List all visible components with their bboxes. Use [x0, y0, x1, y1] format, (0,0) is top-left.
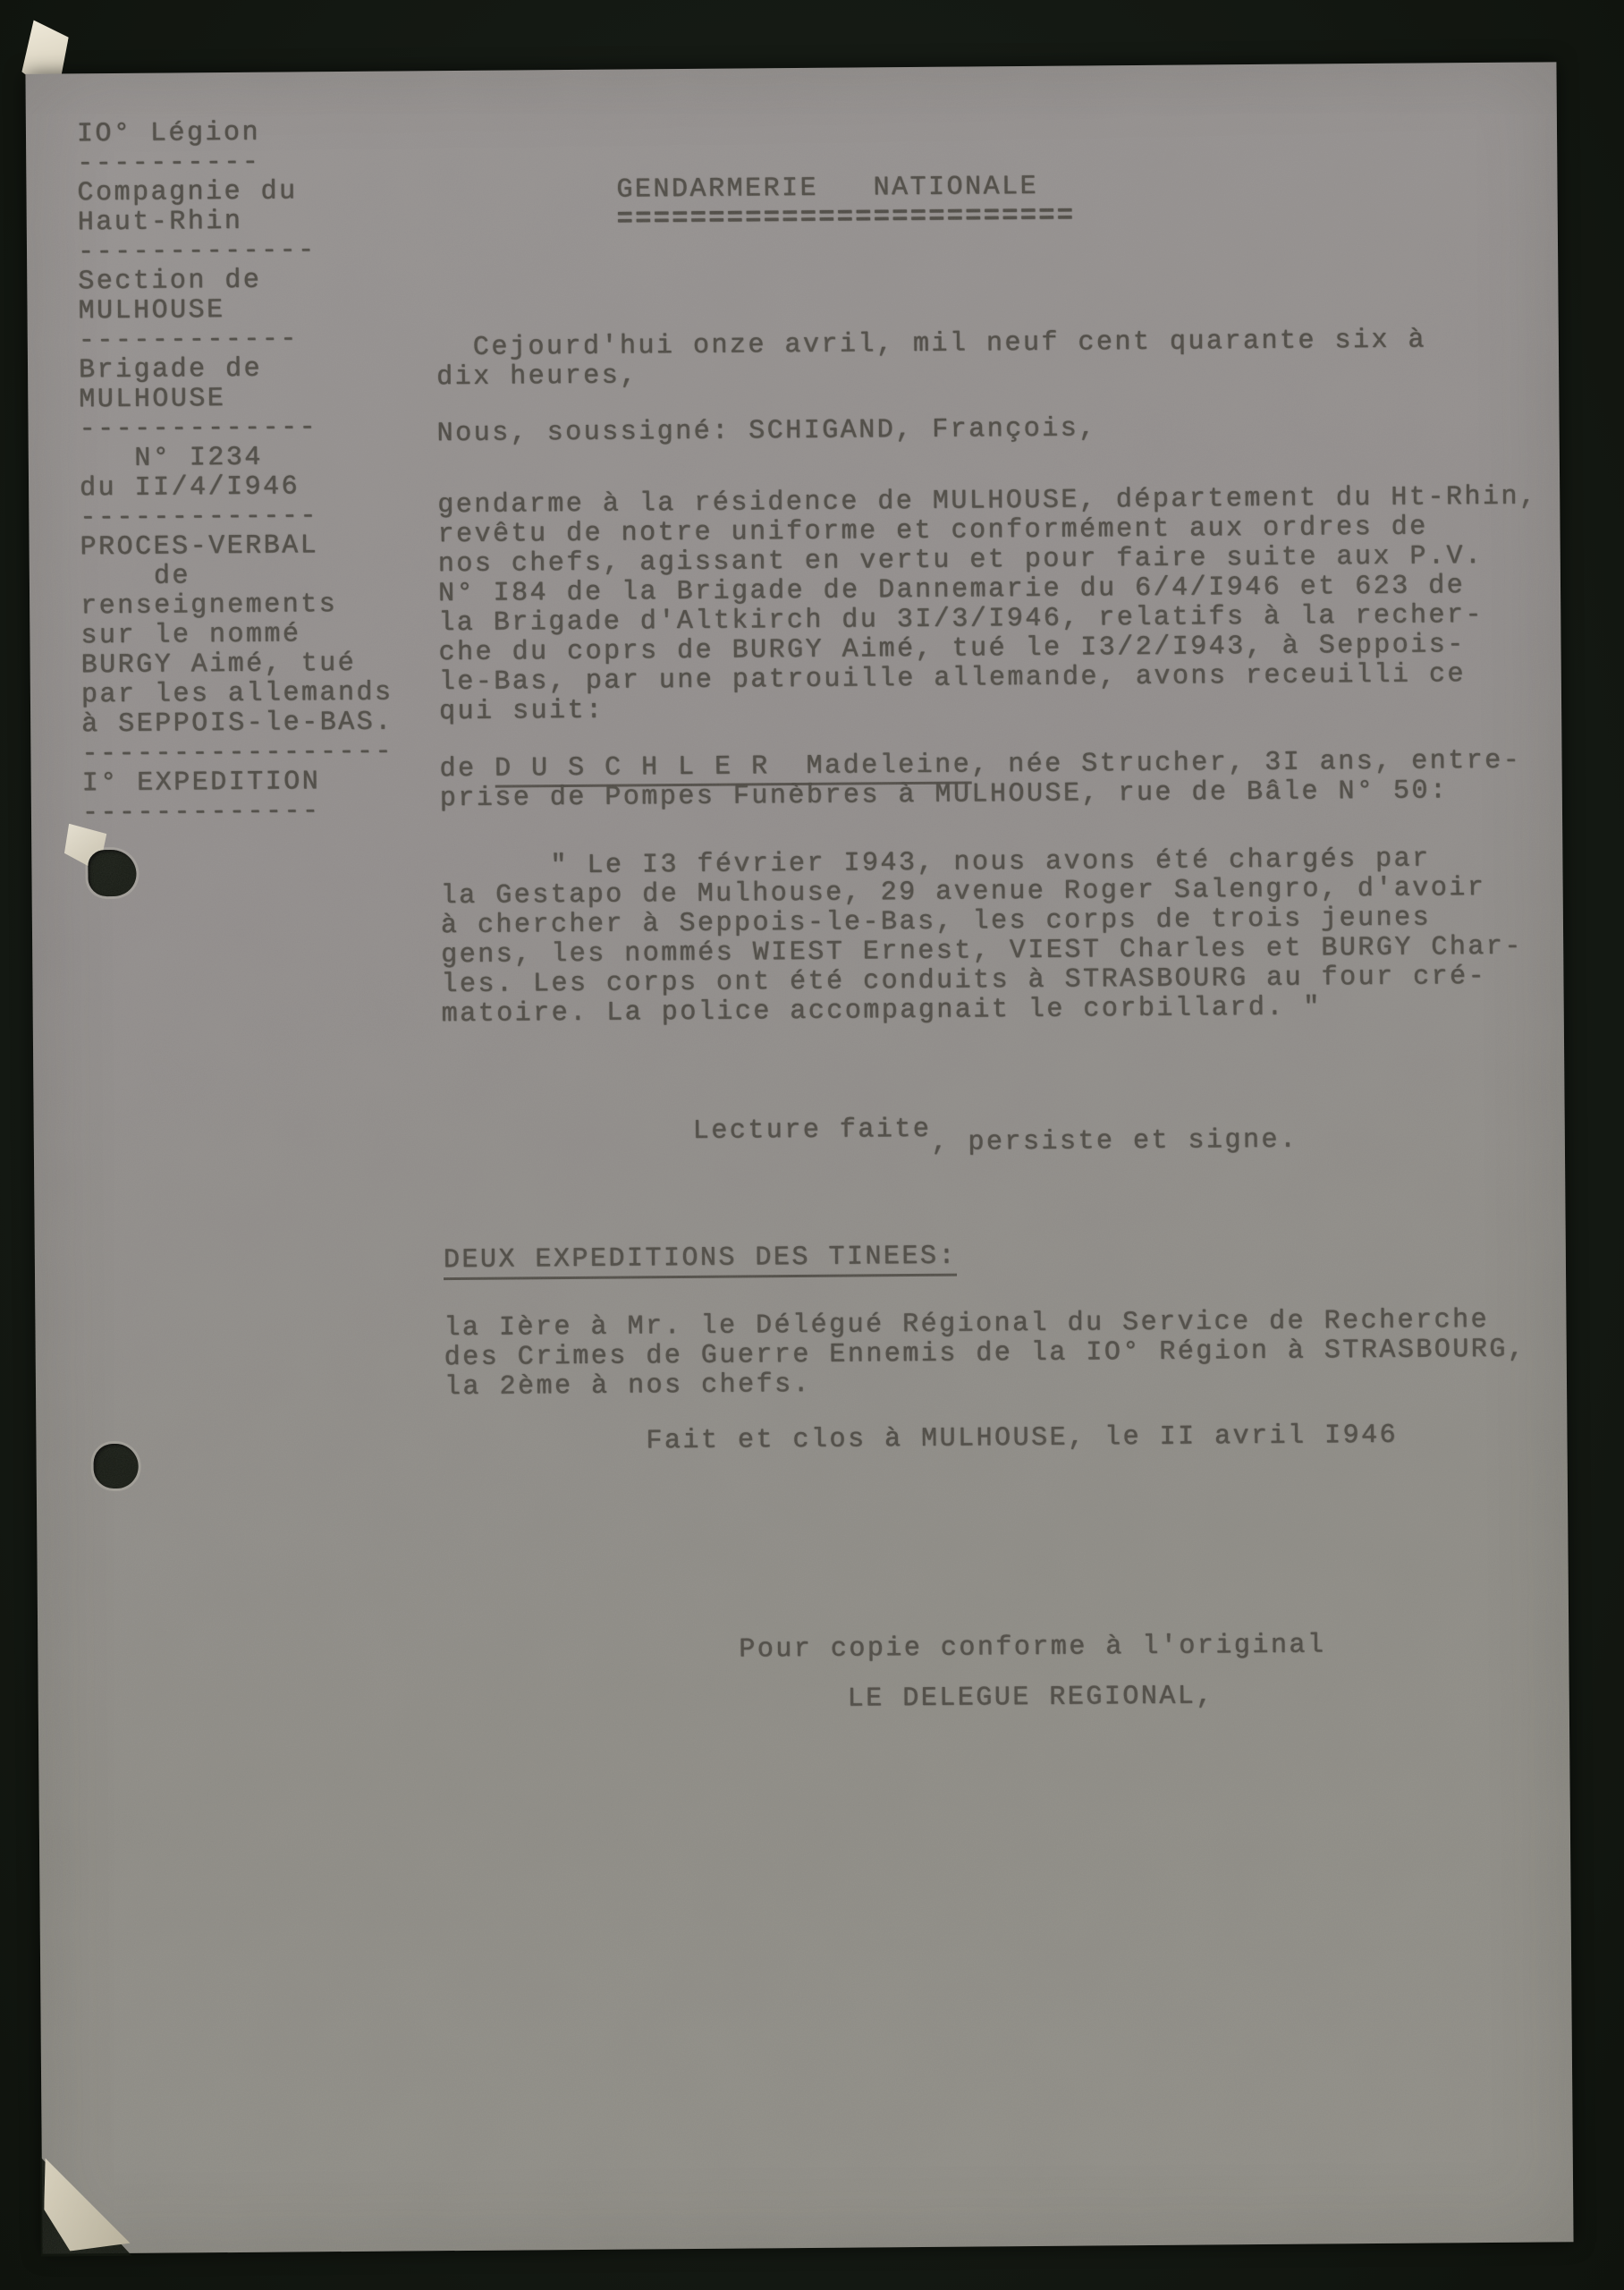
lecture-line: Lecture faite, persiste et signe. [693, 1113, 1298, 1147]
paper-sheet: IO° Légion ---------- Compagnie du Haut-… [25, 62, 1573, 2253]
document-title: GENDARMERIE NATIONALE [616, 173, 1038, 206]
deponent-prefix: de [439, 754, 495, 785]
expeditions-heading: DEUX EXPEDITIONS DES TINEES: [444, 1243, 957, 1276]
punch-hole-bottom [93, 1444, 138, 1488]
expeditions-paragraph: la Ière à Mr. le Délégué Régional du Ser… [444, 1306, 1526, 1403]
opening-paragraph: Cejourd'hui onze avril, mil neuf cent qu… [436, 326, 1427, 393]
closing-line: Fait et clos à MULHOUSE, le II avril I94… [646, 1421, 1398, 1457]
document-backdrop: IO° Légion ---------- Compagnie du Haut-… [0, 0, 1624, 2290]
sidebar-reference-block: IO° Légion ---------- Compagnie du Haut-… [77, 118, 394, 829]
title-underline: ========================= [617, 202, 1076, 235]
lecture-part2: , persiste et signe. [931, 1125, 1298, 1158]
lecture-part1: Lecture faite [693, 1115, 932, 1147]
signatory-line: Nous, soussigné: SCHIGAND, François, [437, 414, 1097, 449]
signature-title: LE DELEGUE REGIONAL, [848, 1682, 1214, 1714]
preamble-paragraph: gendarme à la résidence de MULHOUSE, dép… [437, 482, 1539, 727]
copy-note: Pour copie conforme à l'original [739, 1631, 1325, 1665]
witness-statement: " Le I3 février I943, nous avons été cha… [440, 844, 1523, 1030]
deponent-paragraph: de D U S C H L E R Madeleine, née Struch… [439, 747, 1521, 814]
punch-hole-top [88, 850, 136, 896]
